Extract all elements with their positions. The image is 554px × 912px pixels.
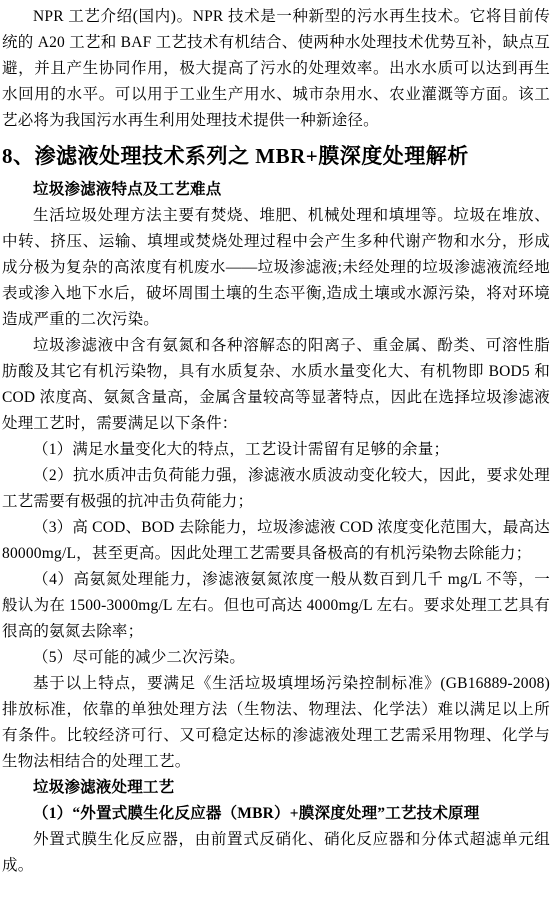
paragraph-mbr-composition: 外置式膜生化反应器，由前置式反硝化、硝化反应器和分体式超滤单元组成。 <box>2 827 550 879</box>
intro-paragraph: NPR 工艺介绍(国内)。NPR 技术是一种新型的污水再生技术。它将目前传统的 … <box>2 4 550 134</box>
paragraph-waste-disposal: 生活垃圾处理方法主要有焚烧、堆肥、机械处理和填埋等。垃圾在堆放、中转、挤压、运输… <box>2 203 550 333</box>
subheading-mbr-principle: （1）“外置式膜生化反应器（MBR）+膜深度处理”工艺技术原理 <box>2 801 550 827</box>
condition-item-4: （4）高氨氮处理能力，渗滤液氨氮浓度一般从数百到几千 mg/L 不等，一般认为在… <box>2 567 550 645</box>
document-page: NPR 工艺介绍(国内)。NPR 技术是一种新型的污水再生技术。它将目前传统的 … <box>0 0 554 912</box>
section-heading: 8、渗滤液处理技术系列之 MBR+膜深度处理解析 <box>2 141 550 171</box>
subheading-leachate-characteristics: 垃圾渗滤液特点及工艺难点 <box>2 177 550 203</box>
condition-item-3: （3）高 COD、BOD 去除能力，垃圾渗滤液 COD 浓度变化范围大，最高达8… <box>2 515 550 567</box>
paragraph-standards: 基于以上特点，要满足《生活垃圾填埋场污染控制标准》(GB16889-2008)排… <box>2 671 550 775</box>
condition-item-2: （2）抗水质冲击负荷能力强，渗滤液水质波动变化较大，因此，要求处理工艺需要有极强… <box>2 463 550 515</box>
subheading-treatment-process: 垃圾渗滤液处理工艺 <box>2 775 550 801</box>
condition-item-5: （5）尽可能的减少二次污染。 <box>2 645 550 671</box>
condition-item-1: （1）满足水量变化大的特点，工艺设计需留有足够的余量； <box>2 437 550 463</box>
paragraph-leachate-composition: 垃圾渗滤液中含有氨氮和各种溶解态的阳离子、重金属、酚类、可溶性脂肪酸及其它有机污… <box>2 333 550 437</box>
